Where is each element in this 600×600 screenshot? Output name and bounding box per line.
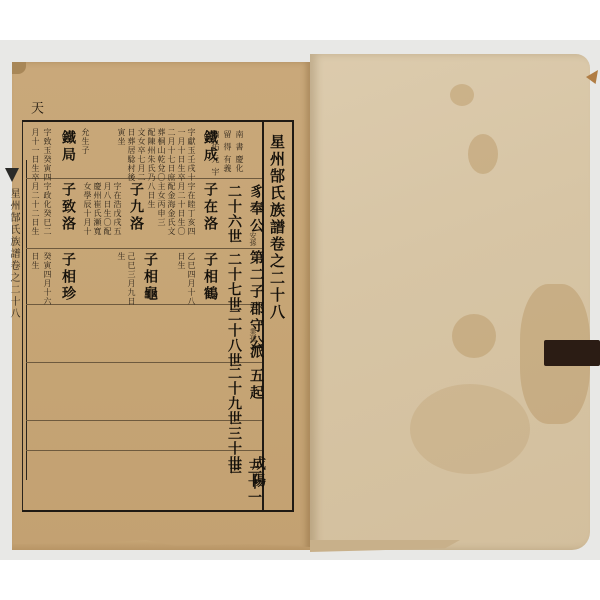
name-zai-luo: 子在洛 bbox=[200, 182, 220, 233]
note-column: 配陳州朱氏乃 bbox=[146, 128, 156, 182]
water-stain bbox=[468, 134, 498, 174]
heaven-mark: 天 bbox=[26, 101, 45, 114]
generation-26: 二十六世 bbox=[224, 184, 244, 244]
note-column: 慶州崔氏瀬寬 bbox=[92, 182, 102, 236]
top-note: 南 書 慶化 bbox=[234, 130, 244, 173]
name-tie-ju: 鐵局 bbox=[58, 130, 78, 164]
note-column: 日葬居騐村後 bbox=[126, 128, 136, 182]
torn-corner bbox=[12, 62, 26, 74]
fish-tail-mark-icon bbox=[5, 168, 19, 182]
note-column: 月二十日生〇 bbox=[176, 182, 186, 236]
row-divider bbox=[26, 248, 262, 249]
spine-label: 星州郜氏族譜卷之二十八 bbox=[2, 162, 24, 312]
generation-27: 二十七世 bbox=[224, 252, 244, 312]
page-title: 星州郜氏族譜卷之二十八 bbox=[267, 134, 288, 321]
water-stain bbox=[452, 314, 496, 358]
name-zhi-luo: 子致洛 bbox=[58, 182, 78, 233]
torn-bottom-edge bbox=[12, 540, 310, 550]
note-column: 寅坐 bbox=[116, 128, 126, 146]
lineage-note: 安孫 bbox=[248, 232, 258, 246]
note-column: 女學辰十月十 bbox=[82, 182, 92, 236]
note-column: 癸寅四月十六 bbox=[42, 252, 52, 306]
note-column: 己巳三月九日 bbox=[126, 252, 136, 306]
name-wuqi: 五起 bbox=[246, 368, 266, 402]
name-jiu-luo: 子九洛 bbox=[126, 182, 146, 233]
water-stain bbox=[450, 84, 474, 106]
note-column: 字在浩戊戌五 bbox=[112, 182, 122, 236]
note-column: 允生子 bbox=[80, 128, 90, 155]
name-xiang-he: 子相鶴 bbox=[200, 252, 220, 303]
name-xiang-zhen: 子相珍 bbox=[58, 252, 78, 303]
lineage-name: 豸奉公 bbox=[246, 184, 266, 235]
note-column: 主女丙申三 bbox=[156, 182, 166, 227]
note-column: 月八日生〇配 bbox=[102, 182, 112, 236]
note-column: 日生 bbox=[176, 252, 186, 270]
note-column: 生 bbox=[116, 252, 126, 261]
note-column: 字政化癸巳二 bbox=[42, 182, 52, 236]
frame-left-rule bbox=[22, 122, 23, 510]
spine-title: 星州郜氏族譜卷之二十八 bbox=[6, 188, 21, 320]
branch-note: 業孫 bbox=[248, 328, 258, 342]
note-column: 一月十日生卒 bbox=[176, 128, 186, 182]
note-column: 月二十二日生 bbox=[30, 182, 40, 236]
note-column: 配金海金氏文 bbox=[166, 182, 176, 236]
note-column: 字獻玉壬戌十 bbox=[186, 128, 196, 182]
name-xiang-gui: 子相龜 bbox=[140, 252, 160, 303]
note-column: 葬桐山乾兌〇 bbox=[156, 128, 166, 182]
note-column: 字在睦丁亥四 bbox=[186, 182, 196, 236]
note-column: 乙巳四月十八 bbox=[186, 252, 196, 306]
water-stain bbox=[410, 384, 530, 474]
name-chengyang: 成陽 bbox=[248, 456, 268, 490]
note-column: 二月十七日庶 bbox=[166, 128, 176, 182]
generation-28: 二十八世 bbox=[224, 308, 244, 368]
genealogy-table-frame: 星州郜氏族譜卷之二十八 二十六世 二十七世 二十八世 二十九世 三十世 三十一世… bbox=[22, 120, 294, 512]
bottom-margin bbox=[0, 562, 600, 600]
note-column: 八日生 bbox=[146, 182, 156, 209]
note-column: 月十一日生卒 bbox=[30, 128, 40, 182]
right-page-blank bbox=[310, 54, 590, 550]
note-column: 文女卒七月二 bbox=[136, 128, 146, 182]
name-tie-cheng: 鐵成 bbox=[200, 130, 220, 164]
generation-29: 二十九世 bbox=[224, 366, 244, 426]
branch-pai: 派 bbox=[246, 344, 266, 361]
top-note: 留 得 有義 bbox=[222, 130, 232, 173]
bookmark-tab bbox=[544, 340, 600, 366]
note-column: 字致玉癸寅四 bbox=[42, 128, 52, 182]
note-column: 日生 bbox=[30, 252, 40, 270]
